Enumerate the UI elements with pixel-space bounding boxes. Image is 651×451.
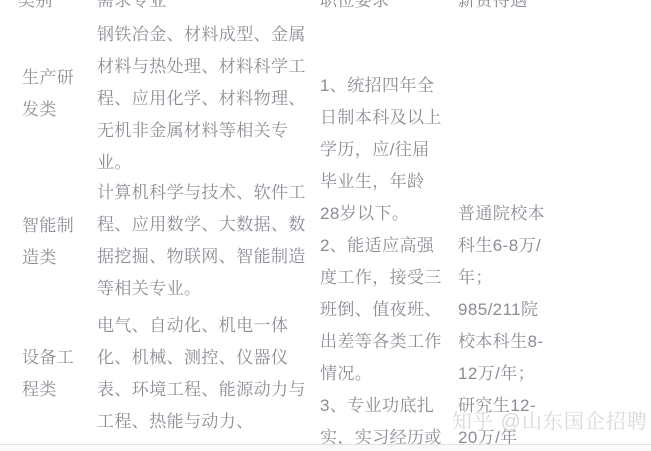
column-header-category: 类别 bbox=[18, 0, 53, 10]
column-header-majors: 需求专业 bbox=[97, 0, 167, 10]
recruitment-table-page: 类别 需求专业 职位要求 薪资待遇 生产研 发类 钢铁冶金、材料成型、金属 材料… bbox=[0, 0, 651, 451]
row-majors-intelligent-manufacturing: 计算机科学与技术、软件工 程、应用数学、大数据、数 据挖掘、物联网、智能制造 等… bbox=[97, 177, 306, 305]
row-category-intelligent-manufacturing: 智能制 造类 bbox=[22, 210, 74, 274]
row-category-equipment-engineering: 设备工 程类 bbox=[22, 342, 74, 406]
column-header-salary: 薪资待遇 bbox=[458, 0, 528, 10]
requirements-cell: 1、统招四年全 日制本科及以上 学历，应/往届 毕业生，年龄 28岁以下。 2、… bbox=[320, 70, 442, 451]
row-majors-equipment-engineering: 电气、自动化、机电一体 化、机械、测控、仪器仪 表、环境工程、能源动力与 工程、… bbox=[97, 310, 306, 438]
zhihu-watermark: 知乎 @山东国企招聘 bbox=[452, 409, 648, 435]
column-header-requirements: 职位要求 bbox=[320, 0, 390, 10]
row-majors-production-rnd: 钢铁冶金、材料成型、金属 材料与热处理、材料科学工 程、应用化学、材料物理、 无… bbox=[97, 19, 306, 179]
row-category-production-rnd: 生产研 发类 bbox=[22, 62, 74, 126]
bottom-strip bbox=[0, 445, 651, 451]
